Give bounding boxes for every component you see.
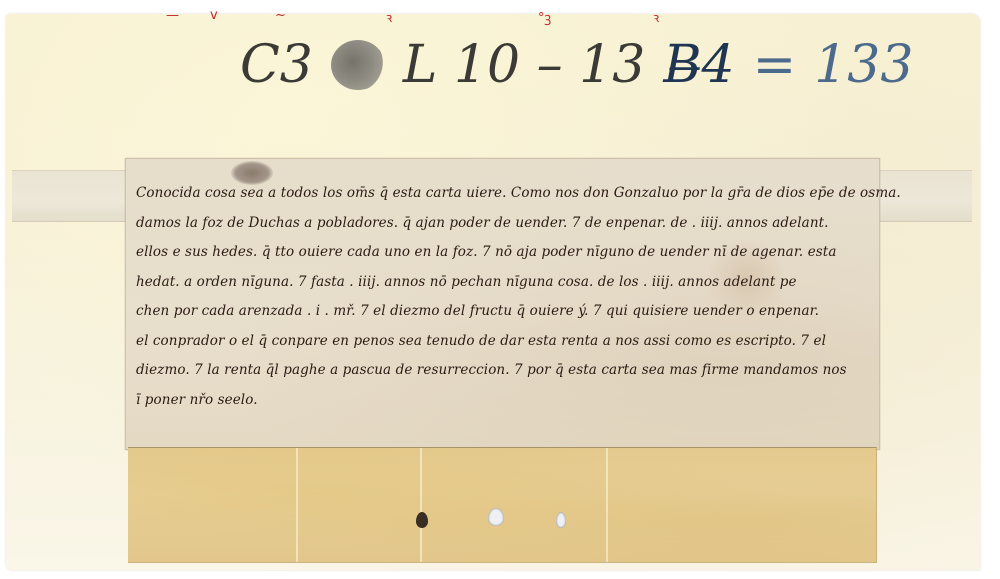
shelfmark-final-number: 133 xyxy=(814,35,913,95)
shelfmark-correction: B̶4 xyxy=(663,35,734,95)
text-line-6: el conprador o el q̄ conpare en penos se… xyxy=(136,327,876,357)
red-mark: ꝛ xyxy=(386,8,392,26)
scribbled-out-mark xyxy=(331,40,385,90)
seal-hole-icon xyxy=(488,508,504,526)
text-line-5: chen por cada arenzada . i . mř. 7 el di… xyxy=(136,297,876,327)
red-mark: °ꝫ xyxy=(538,8,551,26)
text-line-7: diezmo. 7 la renta q̄l paghe a pascua de… xyxy=(136,356,876,386)
text-line-2: damos la foz de Duchas a pobladores. q̄ … xyxy=(136,209,876,239)
text-line-4: hedat. a orden nīguna. 7 fasta . iiij. a… xyxy=(136,268,876,298)
seal-hole-icon xyxy=(416,512,428,528)
red-annotation-marks: — v ~ ꝛ °ꝫ ꝛ xyxy=(160,4,720,26)
plica-crease xyxy=(296,448,298,562)
red-mark: — xyxy=(166,8,179,23)
red-mark: ~ xyxy=(275,8,286,23)
archival-shelfmark: C3 L 10 – 13 B̶4 = 133 xyxy=(240,30,913,100)
red-mark: ꝛ xyxy=(653,8,659,26)
plica-crease xyxy=(420,448,422,562)
shelfmark-equals: = xyxy=(753,35,797,95)
document-scan: — v ~ ꝛ °ꝫ ꝛ C3 L 10 – 13 B̶4 = 133 Cono… xyxy=(0,0,1000,579)
charter-parchment: Conocida cosa sea a todos los om̄s q̄ es… xyxy=(125,158,880,450)
shelfmark-prefix: C3 xyxy=(240,35,313,95)
seal-hole-icon xyxy=(556,512,566,528)
shelfmark-number: L 10 – 13 xyxy=(403,35,645,95)
leather-plica-fold xyxy=(128,447,877,563)
text-line-8: ī poner nřo seelo. xyxy=(136,386,876,416)
red-mark: v xyxy=(210,8,218,23)
text-line-1: Conocida cosa sea a todos los om̄s q̄ es… xyxy=(136,179,876,209)
text-line-3: ellos e sus hedes. q̄ tto ouiere cada un… xyxy=(136,238,876,268)
plica-crease xyxy=(606,448,608,562)
charter-text: Conocida cosa sea a todos los om̄s q̄ es… xyxy=(136,179,876,415)
